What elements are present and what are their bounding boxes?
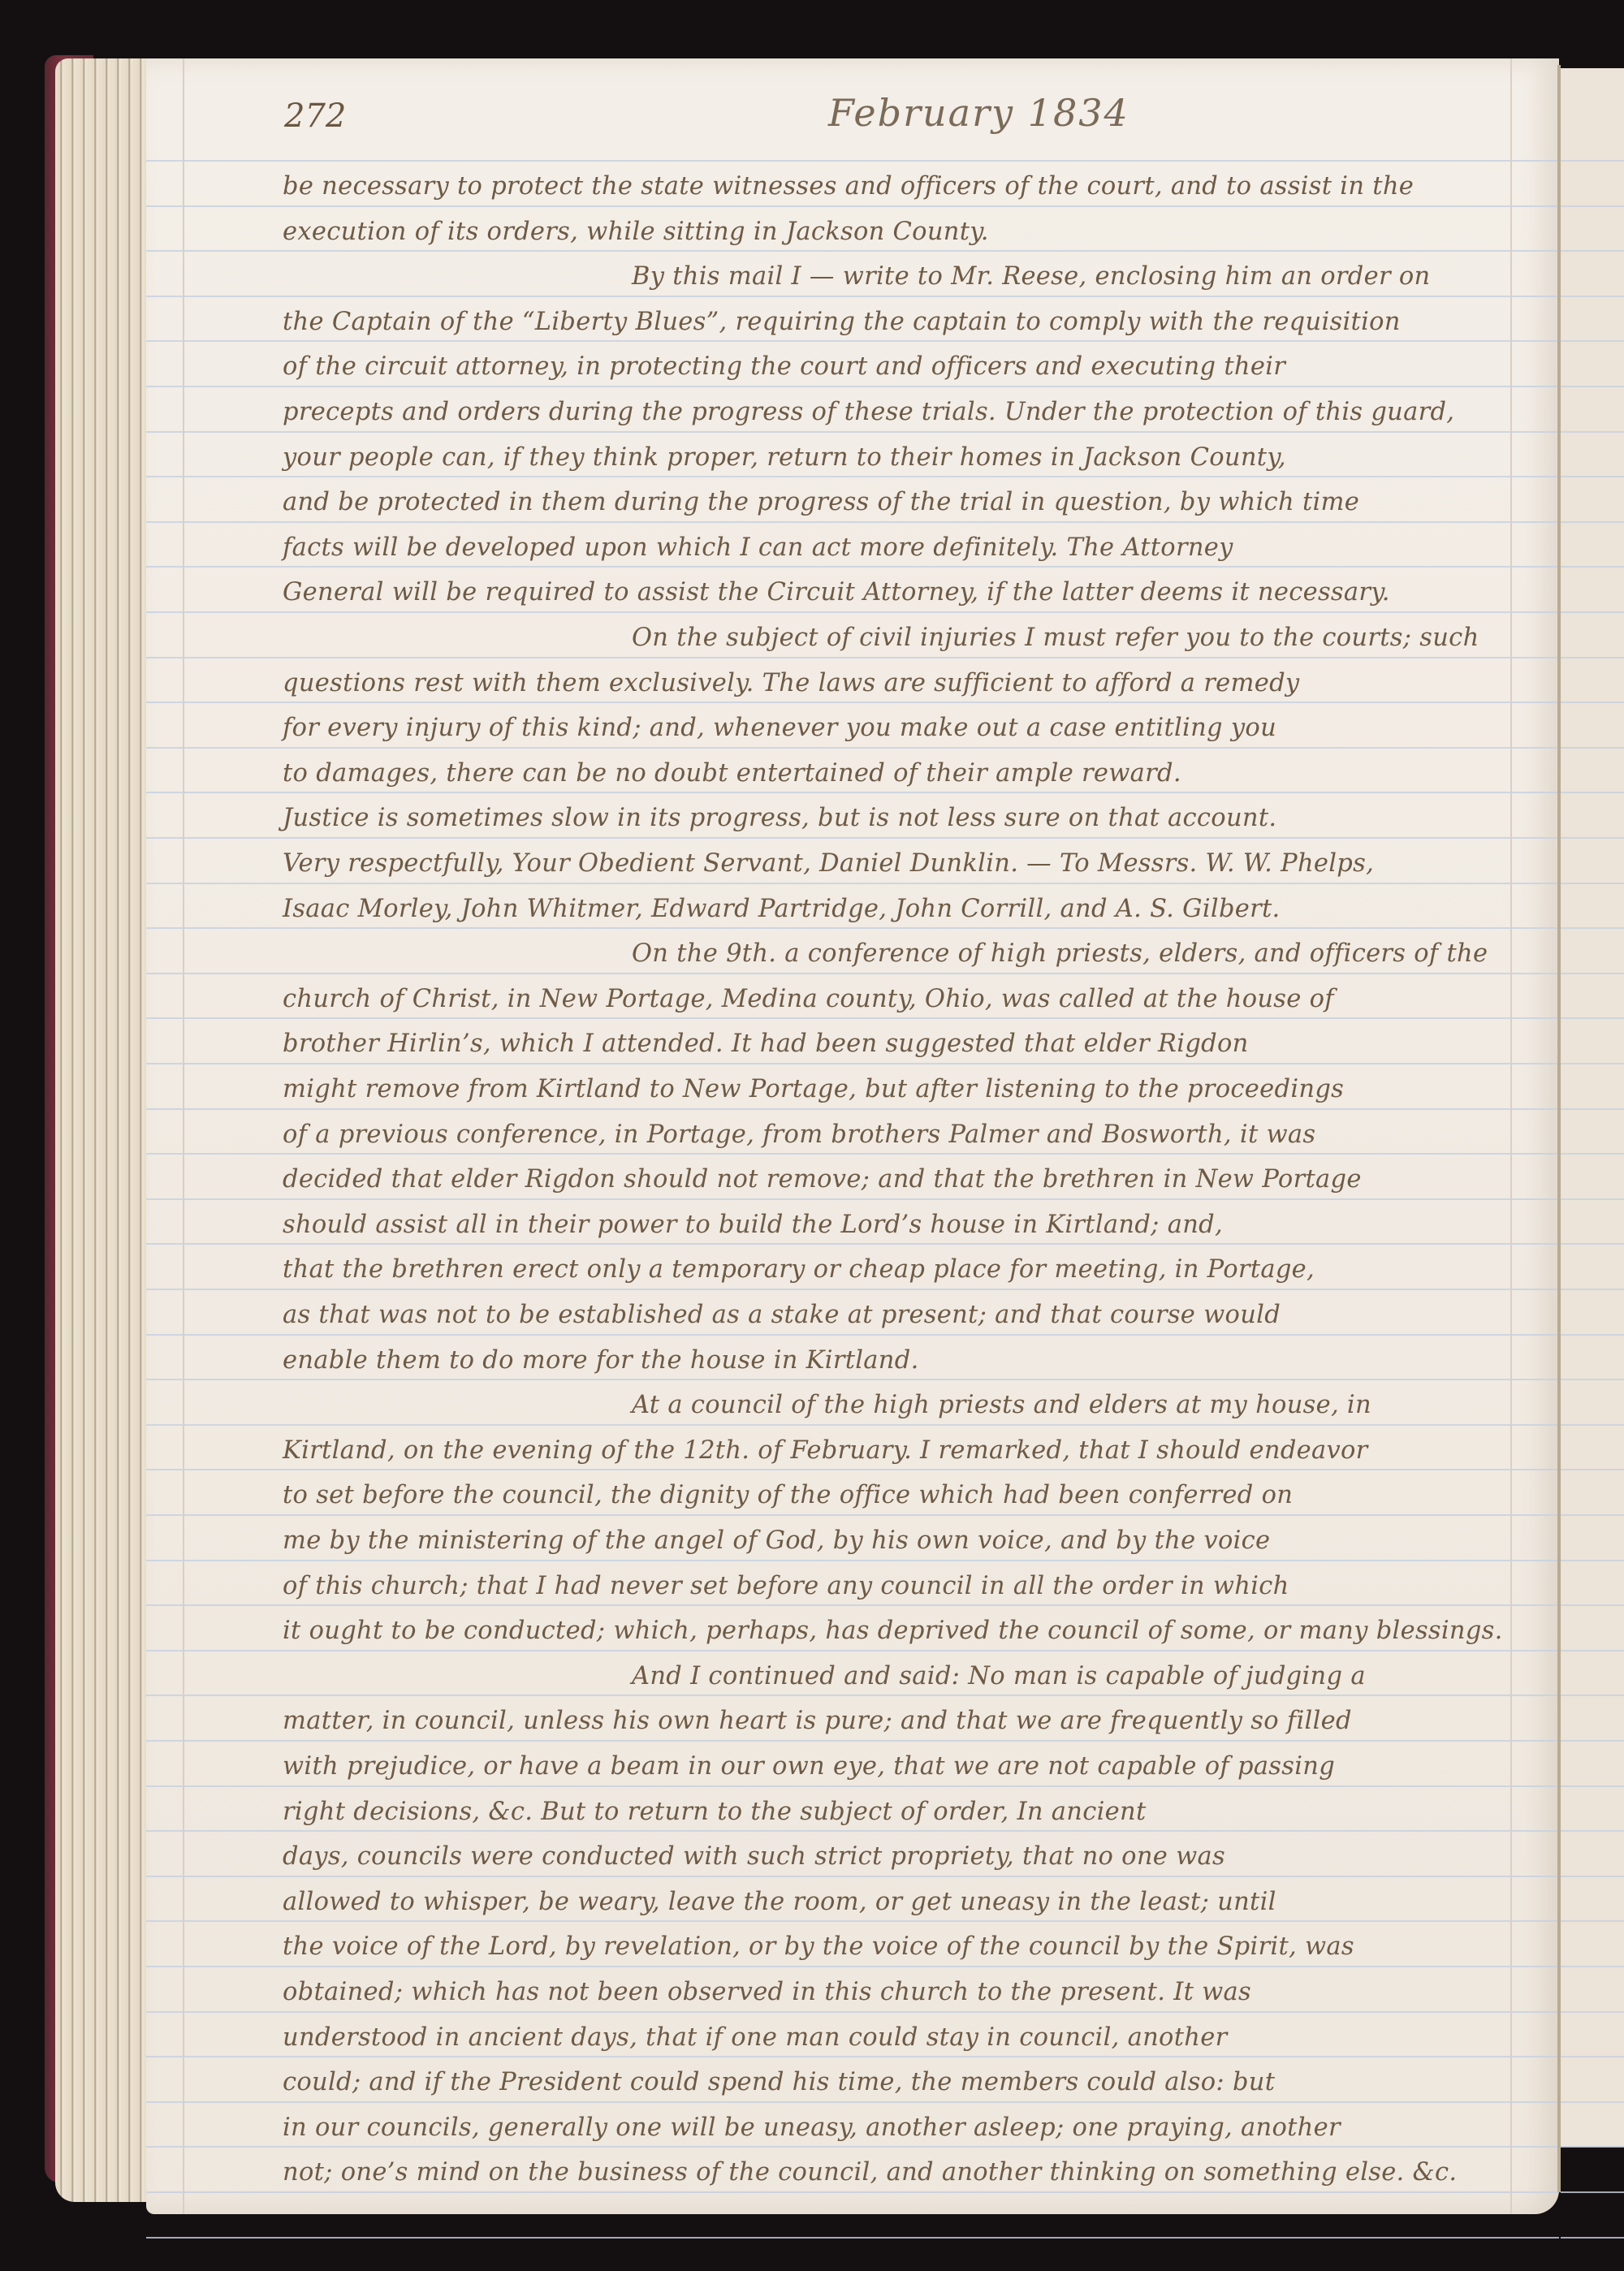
manuscript-line: to damages, there can be no doubt entert…	[283, 758, 1624, 790]
ruled-line	[1561, 1695, 1624, 1696]
facing-page	[1561, 68, 1624, 2147]
ruled-line	[1561, 1920, 1624, 1922]
manuscript-line: church of Christ, in New Portage, Medina…	[283, 983, 1624, 1016]
manuscript-line: it ought to be conducted; which, perhaps…	[283, 1615, 1624, 1647]
manuscript-line: execution of its orders, while sitting i…	[283, 216, 1624, 248]
ruled-line	[1561, 1650, 1624, 1651]
manuscript-line: obtained; which has not been observed in…	[283, 1976, 1624, 2009]
manuscript-line: right decisions, &c. But to return to th…	[283, 1796, 1624, 1828]
ruled-line	[1561, 2011, 1624, 2013]
ruled-line	[1561, 1514, 1624, 1516]
manuscript-line: At a council of the high priests and eld…	[283, 1389, 1624, 1422]
ruled-line	[1561, 883, 1624, 884]
ruled-line	[146, 2237, 1559, 2239]
manuscript-line: allowed to whisper, be weary, leave the …	[283, 1886, 1624, 1919]
ruled-line	[1561, 927, 1624, 929]
ruled-line	[1561, 657, 1624, 658]
ruled-line	[1561, 521, 1624, 523]
ruled-line	[1561, 1153, 1624, 1155]
manuscript-line: enable them to do more for the house in …	[283, 1345, 1624, 1377]
manuscript-line: On the 9th. a conference of high priests…	[283, 938, 1624, 970]
ruled-line	[1561, 2146, 1624, 2148]
ruled-line	[1561, 973, 1624, 974]
ruled-line	[1561, 1289, 1624, 1290]
ruled-line	[1561, 1017, 1624, 1019]
manuscript-line: of a previous conference, in Portage, fr…	[283, 1119, 1624, 1151]
manuscript-line: in our councils, generally one will be u…	[283, 2112, 1624, 2144]
ruled-line	[1561, 386, 1624, 387]
manuscript-line: should assist all in their power to buil…	[283, 1209, 1624, 1241]
manuscript-line: Isaac Morley, John Whitmer, Edward Partr…	[283, 893, 1624, 926]
ruled-line	[1561, 476, 1624, 477]
manuscript-line: of the circuit attorney, in protecting t…	[283, 351, 1624, 383]
manuscript-line: be necessary to protect the state witnes…	[283, 171, 1624, 203]
ruled-line	[1561, 1785, 1624, 1787]
ruled-line	[1561, 160, 1624, 162]
ruled-line	[1561, 1424, 1624, 1426]
manuscript-line: the Captain of the “Liberty Blues”, requ…	[283, 306, 1624, 339]
manuscript-line: By this mail I — write to Mr. Reese, enc…	[283, 261, 1624, 293]
ruled-line	[1561, 1966, 1624, 1967]
manuscript-line: not; one’s mind on the business of the c…	[283, 2157, 1624, 2189]
ruled-line	[1561, 1740, 1624, 1742]
manuscript-line: your people can, if they think proper, r…	[283, 442, 1624, 474]
ruled-line	[1561, 1379, 1624, 1380]
manuscript-line: as that was not to be established as a s…	[283, 1299, 1624, 1332]
ruled-line	[1561, 1063, 1624, 1064]
manuscript-line: could; and if the President could spend …	[283, 2066, 1624, 2099]
manuscript-page: 272 February 1834 be necessary to protec…	[146, 58, 1559, 2214]
ruled-line	[1561, 296, 1624, 297]
manuscript-line: On the subject of civil injuries I must …	[283, 622, 1624, 654]
manuscript-line: me by the ministering of the angel of Go…	[283, 1525, 1624, 1557]
ruled-line	[1561, 792, 1624, 793]
ruled-line	[1561, 1469, 1624, 1470]
manuscript-line: questions rest with them exclusively. Th…	[283, 667, 1624, 700]
ruled-line	[1561, 1830, 1624, 1832]
ruled-line	[1561, 1560, 1624, 1561]
ruled-line	[1561, 340, 1624, 342]
ruled-line	[1561, 837, 1624, 839]
ruled-line	[1561, 1334, 1624, 1336]
manuscript-line: that the brethren erect only a temporary…	[283, 1254, 1624, 1286]
manuscript-line: days, councils were conducted with such …	[283, 1841, 1624, 1873]
manuscript-line: and be protected in them during the prog…	[283, 486, 1624, 519]
manuscript-line: facts will be developed upon which I can…	[283, 532, 1624, 564]
manuscript-line: matter, in council, unless his own heart…	[283, 1705, 1624, 1738]
ruled-line	[1561, 2191, 1624, 2193]
manuscript-line: of this church; that I had never set bef…	[283, 1570, 1624, 1603]
manuscript-line: understood in ancient days, that if one …	[283, 2022, 1624, 2054]
manuscript-line: brother Hirlin’s, which I attended. It h…	[283, 1028, 1624, 1060]
page-number: 272	[284, 97, 346, 135]
manuscript-line: Very respectfully, Your Obedient Servant…	[283, 848, 1624, 880]
ruled-line	[1561, 747, 1624, 749]
ruled-line	[1561, 1198, 1624, 1200]
ruled-line	[1561, 2101, 1624, 2103]
ruled-line	[1561, 566, 1624, 568]
manuscript-line: Kirtland, on the evening of the 12th. of…	[283, 1435, 1624, 1467]
manuscript-line: Justice is sometimes slow in its progres…	[283, 802, 1624, 835]
ruled-line	[1561, 2056, 1624, 2057]
ruled-line	[1561, 611, 1624, 613]
manuscript-line: to set before the council, the dignity o…	[283, 1479, 1624, 1512]
manuscript-line: for every injury of this kind; and, when…	[283, 712, 1624, 745]
manuscript-line: And I continued and said: No man is capa…	[283, 1660, 1624, 1693]
manuscript-line: precepts and orders during the progress …	[283, 396, 1624, 429]
manuscript-line: might remove from Kirtland to New Portag…	[283, 1073, 1624, 1106]
manuscript-line: General will be required to assist the C…	[283, 576, 1624, 609]
manuscript-line: decided that elder Rigdon should not rem…	[283, 1164, 1624, 1196]
ruled-line	[1561, 2237, 1624, 2239]
ruled-line	[1561, 1876, 1624, 1877]
ruled-line	[1561, 250, 1624, 252]
manuscript-line: with prejudice, or have a beam in our ow…	[283, 1751, 1624, 1783]
ruled-line	[1561, 1604, 1624, 1606]
ruled-line	[1561, 1108, 1624, 1110]
ruled-line	[1561, 1243, 1624, 1245]
page-heading: February 1834	[828, 91, 1129, 135]
manuscript-line: the voice of the Lord, by revelation, or…	[283, 1931, 1624, 1963]
ruled-line	[1561, 431, 1624, 433]
ruled-line	[1561, 205, 1624, 207]
ruled-line	[1561, 702, 1624, 703]
